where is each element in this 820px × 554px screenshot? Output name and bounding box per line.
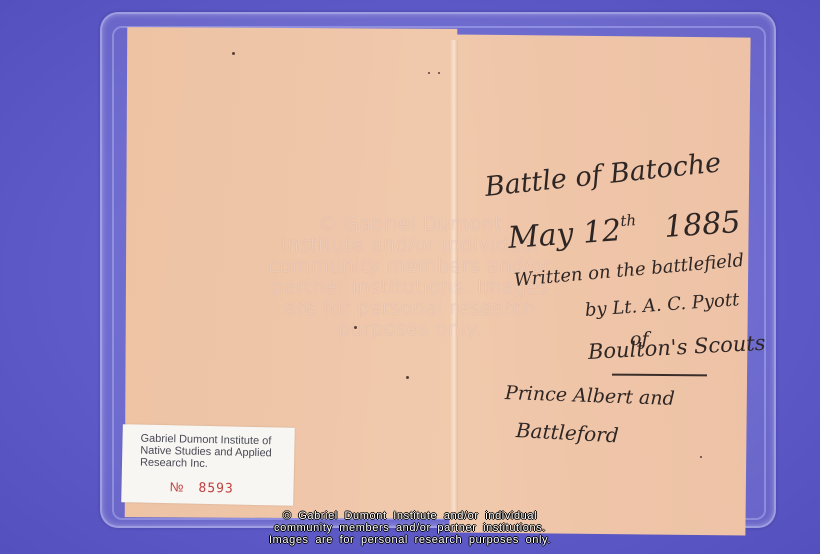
copyright-line: community members and/or partner institu… — [250, 522, 570, 534]
copyright-line: Images are for personal research purpose… — [250, 534, 570, 546]
paper-speck — [428, 72, 430, 74]
archive-label: Gabriel Dumont Institute of Native Studi… — [121, 424, 295, 506]
paper-speck — [700, 456, 702, 458]
copyright-line: © Gabriel Dumont Institute and/or indivi… — [250, 510, 570, 522]
archive-number: 8593 — [198, 481, 234, 497]
archive-label-number-row: №8593 — [169, 479, 234, 496]
paper-speck — [232, 52, 235, 55]
watermark-line: purposes only. — [255, 319, 565, 340]
copyright-footer: © Gabriel Dumont Institute and/or indivi… — [250, 510, 570, 546]
archive-label-institution: Gabriel Dumont Institute of Native Studi… — [140, 433, 291, 472]
handwriting-date-year: 1885 — [663, 205, 742, 245]
number-sign: № — [169, 479, 184, 494]
paper-speck — [406, 376, 409, 379]
watermark-line: are for personal research — [255, 298, 565, 319]
paper-speck — [438, 72, 440, 74]
handwriting-date-suffix: th — [620, 211, 637, 230]
